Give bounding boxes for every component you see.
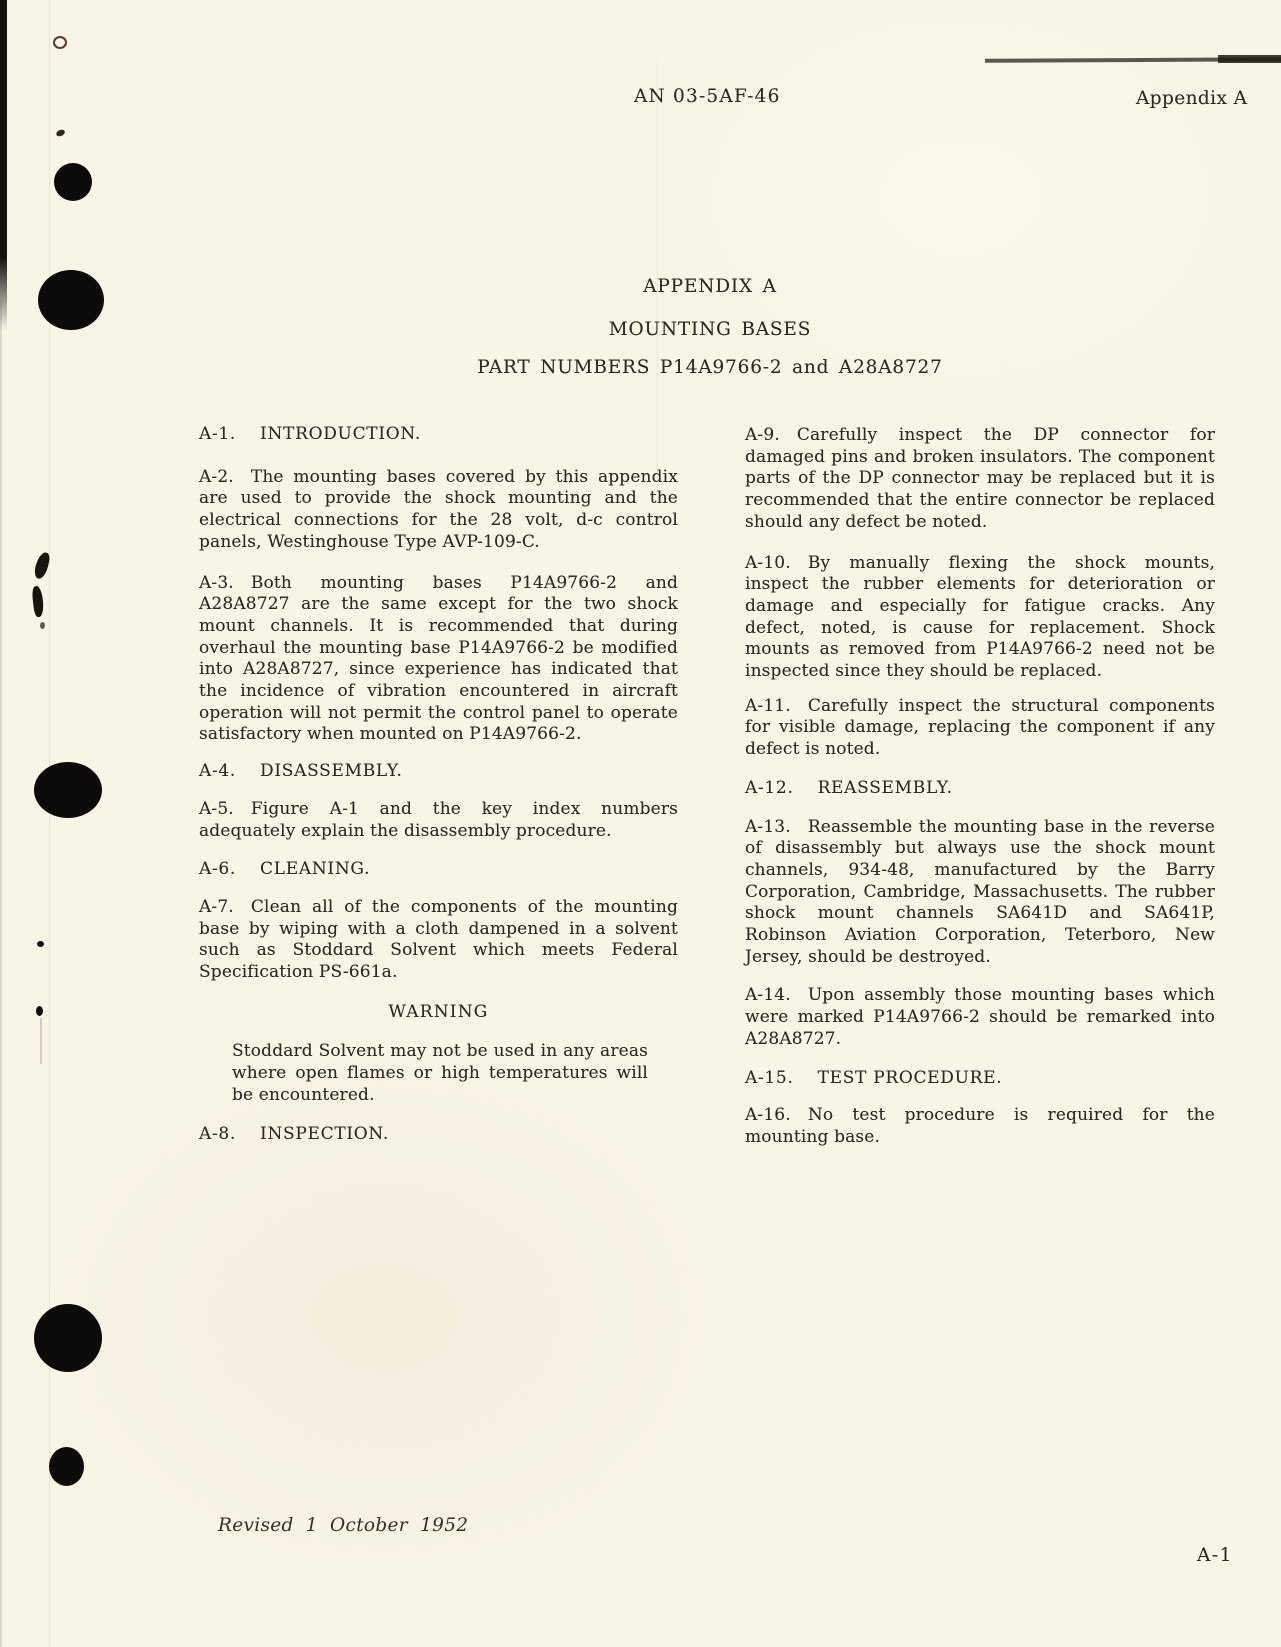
para-a3: A-3.Both mounting bases P14A9766-2 and A…: [199, 573, 678, 747]
binder-dot-large-2: [34, 762, 102, 818]
header-appendix-label: Appendix A: [1136, 88, 1247, 109]
heading-a1: A-1.INTRODUCTION.: [199, 424, 678, 446]
para-number: A-10.: [745, 553, 791, 573]
para-text: No test procedure is required for the mo…: [745, 1105, 1215, 1147]
para-a7: A-7.Clean all of the components of the m…: [199, 897, 678, 984]
para-text: Figure A-1 and the key index numbers ade…: [199, 799, 678, 841]
ink-scratch: [40, 1018, 42, 1064]
para-number: A-5.: [199, 799, 234, 819]
para-number: A-7.: [199, 897, 234, 917]
binder-dot-large-3: [34, 1304, 102, 1372]
heading-a15: A-15.TEST PROCEDURE.: [745, 1068, 1215, 1090]
para-number: A-6.: [199, 859, 236, 879]
para-text: Both mounting bases P14A9766-2 and A28A8…: [199, 573, 678, 745]
heading-text: REASSEMBLY.: [818, 778, 953, 798]
warning-title: WARNING: [199, 1002, 678, 1024]
ink-squiggle: [31, 586, 44, 618]
doc-number: AN 03-5AF-46: [634, 86, 781, 107]
para-a14: A-14.Upon assembly those mounting bases …: [745, 985, 1215, 1050]
para-a2: A-2.The mounting bases covered by this a…: [199, 467, 678, 554]
scan-crease-left: [49, 0, 50, 1647]
right-column: A-9.Carefully inspect the DP connector f…: [745, 425, 1215, 1149]
part-numbers-title: PART NUMBERS P14A9766-2 and A28A8727: [190, 357, 1230, 378]
binder-dot-small-bottom: [49, 1447, 84, 1486]
scan-edge-left-dark: [0, 0, 7, 330]
heading-text: TEST PROCEDURE.: [818, 1068, 1003, 1088]
binder-dot-small-top: [54, 163, 92, 201]
para-text: Upon assembly those mounting bases which…: [745, 985, 1215, 1048]
para-number: A-1.: [199, 424, 236, 444]
para-text: Carefully inspect the structural compone…: [745, 696, 1215, 759]
ink-speck: [37, 941, 44, 947]
para-text: Reassemble the mounting base in the reve…: [745, 817, 1215, 967]
heading-a12: A-12.REASSEMBLY.: [745, 778, 1215, 800]
warning-body: Stoddard Solvent may not be used in any …: [232, 1041, 648, 1106]
scan-crease-center: [657, 60, 658, 490]
heading-text: CLEANING.: [260, 859, 370, 879]
para-a9: A-9.Carefully inspect the DP connector f…: [745, 425, 1215, 534]
binder-dot-large-1: [38, 270, 104, 330]
para-number: A-16.: [745, 1105, 791, 1125]
heading-text: INTRODUCTION.: [260, 424, 421, 444]
ink-speck: [36, 1006, 43, 1016]
heading-text: DISASSEMBLY.: [260, 761, 403, 781]
heading-a6: A-6.CLEANING.: [199, 859, 678, 881]
appendix-title: APPENDIX A: [190, 276, 1230, 297]
para-number: A-15.: [745, 1068, 794, 1088]
para-number: A-12.: [745, 778, 794, 798]
para-number: A-3.: [199, 573, 234, 593]
scan-edge-left-faint: [0, 300, 2, 1647]
para-number: A-4.: [199, 761, 236, 781]
ink-speck: [55, 128, 66, 137]
para-a16: A-16.No test procedure is required for t…: [745, 1105, 1215, 1148]
document-page: AN 03-5AF-46 Appendix A APPENDIX A MOUNT…: [0, 0, 1281, 1647]
document-title: MOUNTING BASES: [190, 319, 1230, 340]
scan-edge-top-right-corner: [1218, 55, 1281, 63]
para-text: Carefully inspect the DP connector for d…: [745, 425, 1215, 532]
para-a13: A-13.Reassemble the mounting base in the…: [745, 817, 1215, 969]
heading-a4: A-4.DISASSEMBLY.: [199, 761, 678, 783]
left-column: A-1.INTRODUCTION. A-2.The mounting bases…: [199, 424, 678, 1145]
revision-date: Revised 1 October 1952: [218, 1515, 468, 1536]
para-text: By manually flexing the shock mounts, in…: [745, 553, 1215, 682]
para-text: The mounting bases covered by this appen…: [199, 467, 678, 552]
para-number: A-11.: [745, 696, 791, 716]
heading-a8: A-8.INSPECTION.: [199, 1124, 678, 1146]
para-text: Clean all of the components of the mount…: [199, 897, 678, 982]
para-a11: A-11.Carefully inspect the structural co…: [745, 696, 1215, 761]
para-number: A-14.: [745, 985, 791, 1005]
para-number: A-13.: [745, 817, 791, 837]
para-number: A-2.: [199, 467, 234, 487]
ink-ring-mark: [53, 36, 67, 49]
heading-text: INSPECTION.: [260, 1124, 389, 1144]
para-a5: A-5.Figure A-1 and the key index numbers…: [199, 799, 678, 842]
para-number: A-8.: [199, 1124, 236, 1144]
para-a10: A-10.By manually flexing the shock mount…: [745, 553, 1215, 683]
ink-speck: [40, 622, 45, 629]
para-number: A-9.: [745, 425, 780, 445]
page-number: A-1: [1197, 1545, 1233, 1566]
